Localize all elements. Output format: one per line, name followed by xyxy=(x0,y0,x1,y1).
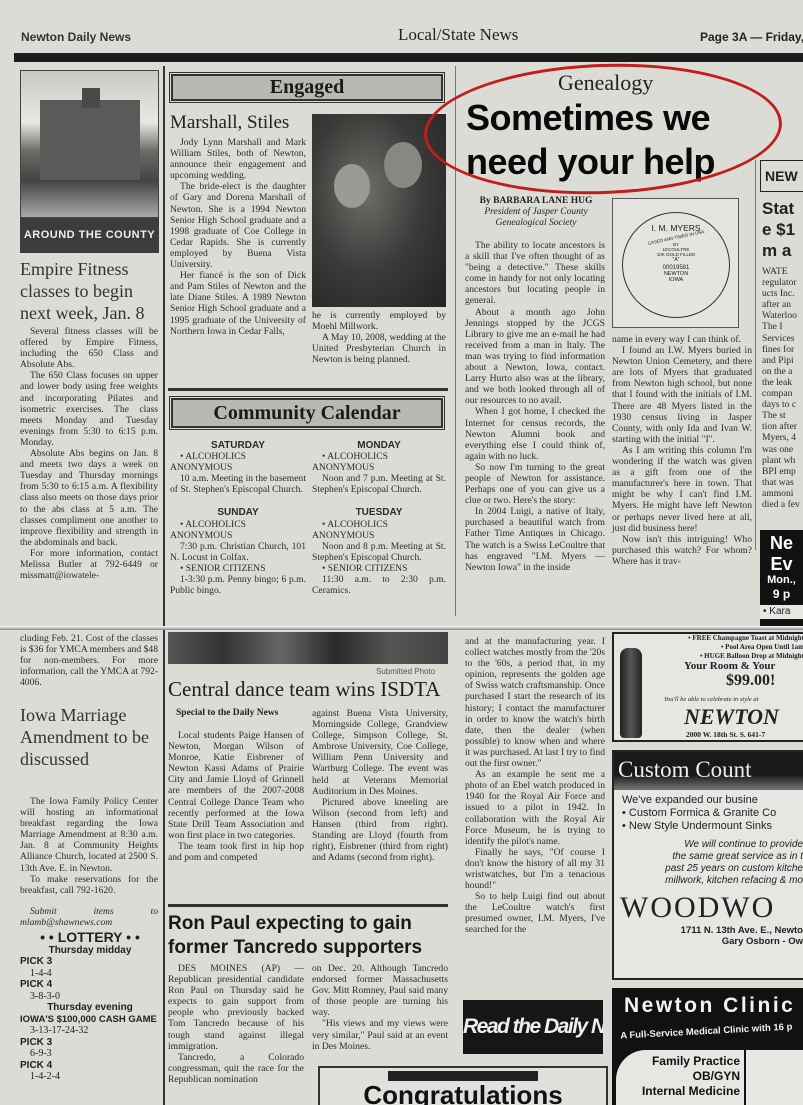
event-title: • ALCOHOLICS ANONYMOUS xyxy=(170,451,306,473)
dance-col-2: against Buena Vista University, Mornings… xyxy=(312,708,448,863)
paragraph: The Iowa Family Policy Center will hosti… xyxy=(20,796,158,874)
engaged-banner: Engaged xyxy=(171,74,443,101)
paragraph: The 650 Class focuses on upper and lower… xyxy=(20,370,158,448)
italic-line: past 25 years on custom kitche xyxy=(614,863,803,875)
paragraph: Jody Lynn Marshall and Mark William Stil… xyxy=(170,137,306,181)
paragraph: The bride-elect is the daughter of Gary … xyxy=(170,181,306,270)
text-line: and Pipi xyxy=(762,355,803,366)
lottery-game: PICK 3 xyxy=(20,1037,160,1049)
text-line: died a fev xyxy=(762,499,803,510)
paragraph: "His views and my views were very simila… xyxy=(312,1018,448,1051)
section-divider xyxy=(168,388,448,391)
event-line: Ne xyxy=(760,532,803,554)
hotel-new-years-ad: • FREE Champagne Toast at Midnight • Poo… xyxy=(612,632,803,742)
italic-line: the same great service as in t xyxy=(614,851,803,863)
fitness-headline: Empire Fitness classes to begin next wee… xyxy=(20,258,160,324)
lottery-title: • • LOTTERY • • xyxy=(20,932,160,944)
text-line: Services xyxy=(762,333,803,344)
calendar-day: SUNDAY xyxy=(170,507,306,518)
read-the-daily-news-promo[interactable]: Read the Daily News xyxy=(463,1000,603,1054)
clinic-services: Family Practice OB/GYN Internal Medicine xyxy=(616,1054,740,1099)
genealogy-col-2: name in every way I can think of. I foun… xyxy=(612,334,752,567)
lottery-numbers: 1-4-2-4 xyxy=(20,1071,160,1083)
custom-countertops-ad: Custom Count We've expanded our busine •… xyxy=(612,750,803,980)
lottery-section-heading: Thursday midday xyxy=(20,945,160,957)
masthead-rule xyxy=(14,53,803,62)
photo-credit: Submitted Photo xyxy=(376,667,435,676)
text-line: ammoni xyxy=(762,488,803,499)
paragraph: Pictured above kneeling are Wilson (seco… xyxy=(312,797,448,864)
paragraph: and at the manufacturing year. I collect… xyxy=(465,636,605,769)
newton-clinic-ad: Newton Clinic A Full-Service Medical Cli… xyxy=(612,988,803,1105)
text-line: was one xyxy=(762,444,803,455)
hotel-offer: Your Room & Your xyxy=(684,660,775,672)
hotel-features: • FREE Champagne Toast at Midnight • Poo… xyxy=(654,634,803,661)
paragraph: cluding Feb. 21. Cost of the classes is … xyxy=(20,633,158,688)
paragraph: Several fitness classes will be offered … xyxy=(20,326,158,370)
paragraph: Absolute Abs begins on Jan. 8 and meets … xyxy=(20,448,158,548)
calendar-col-2: MONDAY • ALCOHOLICS ANONYMOUS Noon and 7… xyxy=(312,440,446,596)
lottery-section-heading: Thursday evening xyxy=(20,1002,160,1014)
lottery-numbers: 3-8-3-0 xyxy=(20,991,160,1003)
congratulations-ad: Congratulations xyxy=(318,1066,608,1105)
ron-paul-headline: Ron Paul expecting to gain former Tancre… xyxy=(168,912,458,960)
paragraph: The team took first in hip hop and pom a… xyxy=(168,841,304,863)
lottery-numbers: 6-9-3 xyxy=(20,1048,160,1060)
text-line: days to c xyxy=(762,399,803,410)
text-line: The st xyxy=(762,410,803,421)
lottery-game: PICK 3 xyxy=(20,956,160,968)
dance-team-photo xyxy=(168,632,448,664)
text-line: fines for xyxy=(762,344,803,355)
text-line: ucts Inc. xyxy=(762,288,803,299)
calendar-day: MONDAY xyxy=(312,440,446,451)
new-years-event-box: Ne Ev Mon., 9 p • Kara xyxy=(760,530,803,626)
calendar-col-1: SATURDAY • ALCOHOLICS ANONYMOUS 10 a.m. … xyxy=(170,440,306,596)
text-line: Waterloo xyxy=(762,310,803,321)
service-item: OB/GYN xyxy=(616,1069,740,1084)
event-title: • ALCOHOLICS ANONYMOUS xyxy=(170,519,306,541)
section-divider xyxy=(168,904,448,907)
marriage-story: The Iowa Family Policy Center will hosti… xyxy=(20,796,158,928)
dance-col-1: Local students Paige Hansen of Newton, M… xyxy=(168,730,304,863)
event-line: Mon., xyxy=(760,574,803,587)
paragraph: The ability to locate ancestors is a ski… xyxy=(465,240,605,307)
service-item: Internal Medicine xyxy=(616,1084,740,1099)
bullet-line: • New Style Undermount Sinks xyxy=(622,820,803,833)
engraving-state: IOWA xyxy=(623,277,729,283)
event-detail: Noon and 8 p.m. Meeting at St. Stephen's… xyxy=(312,541,446,563)
news-box-label: NEW xyxy=(760,160,803,192)
congratulations-text: Congratulations xyxy=(320,1081,606,1105)
engagement-story-continued: he is currently employed by Moehl Millwo… xyxy=(312,310,446,365)
paragraph: on Dec. 20. Although Tancredo endorsed f… xyxy=(312,963,448,1018)
countertops-body: We've expanded our busine • Custom Formi… xyxy=(614,790,803,833)
right-story: WATE regulator ucts Inc. after an Waterl… xyxy=(762,266,803,510)
genealogy-col-1: The ability to locate ancestors is a ski… xyxy=(465,240,605,573)
paragraph: To make reservations for the breakfast, … xyxy=(20,874,158,896)
paragraph: For more information, contact Melissa Bu… xyxy=(20,548,158,581)
event-title: • ALCOHOLICS ANONYMOUS xyxy=(312,519,446,541)
engagement-headline: Marshall, Stiles xyxy=(170,112,289,134)
intro-line: We've expanded our busine xyxy=(622,794,803,807)
lottery-game: PICK 4 xyxy=(20,979,160,991)
paragraph: DES MOINES (AP) — Republican presidentia… xyxy=(168,963,304,1052)
marriage-headline: Iowa Marriage Amendment to be discussed xyxy=(20,704,160,770)
genealogy-byline-block: By BARBARA LANE HUG President of Jasper … xyxy=(465,196,607,229)
watch-caseback-circle: I. M. MYERS CASED AND TIMED IN USA BY LE… xyxy=(622,212,730,318)
text-line: The I xyxy=(762,321,803,332)
text-line: that was xyxy=(762,477,803,488)
event-detail: 1-3:30 p.m. Penny bingo; 6 p.m. Public b… xyxy=(170,574,306,596)
paragraph: against Buena Vista University, Mornings… xyxy=(312,708,448,797)
calendar-day: SATURDAY xyxy=(170,440,306,451)
paragraph: name in every way I can think of. xyxy=(612,334,752,345)
paragraph: As I am writing this column I'm wonderin… xyxy=(612,445,752,534)
event-title: • SENIOR CITIZENS xyxy=(170,563,306,574)
paragraph: In 2004 Luigi, a native of Italy, purcha… xyxy=(465,506,605,573)
face-shape xyxy=(334,164,370,208)
engagement-story: Jody Lynn Marshall and Mark William Stil… xyxy=(170,137,306,337)
text-line: compan xyxy=(762,388,803,399)
dance-byline: Special to the Daily News xyxy=(176,708,278,718)
page-fold xyxy=(0,626,803,630)
submit-note: Submit items to mlamb@shawnews.com xyxy=(20,906,158,928)
paragraph: he is currently employed by Moehl Millwo… xyxy=(312,310,446,332)
courthouse-building-shape xyxy=(40,100,140,180)
event-detail: 7:30 p.m. Christian Church, 101 N. Locus… xyxy=(170,541,306,563)
paragraph: Her fiancé is the son of Dick and Pam St… xyxy=(170,270,306,337)
hotel-price: $99.00! xyxy=(726,672,775,690)
lottery-numbers: 1-4-4 xyxy=(20,968,160,980)
text-line: tion after xyxy=(762,421,803,432)
calendar-day: TUESDAY xyxy=(312,507,446,518)
page-info: Page 3A — Friday, xyxy=(700,30,803,44)
text-line: WATE xyxy=(762,266,803,277)
hotel-tagline: You'll be able to celebrate in style at xyxy=(664,696,758,703)
paragraph: Tancredo, a Colorado congressman, quit t… xyxy=(168,1052,304,1085)
fitness-story: Several fitness classes will be offered … xyxy=(20,326,158,581)
paragraph: A May 10, 2008, wedding at the United Pr… xyxy=(312,332,446,365)
italic-line: millwork, kitchen refacing & mo xyxy=(614,875,803,887)
paragraph: So now I'm turning to the great people o… xyxy=(465,462,605,506)
event-line: • Kara xyxy=(760,605,803,619)
paragraph: So to help Luigi find out about the LeCo… xyxy=(465,891,605,935)
bullet-line: • Custom Formica & Granite Co xyxy=(622,807,803,820)
stethoscope-icon xyxy=(746,1050,803,1105)
service-item: Family Practice xyxy=(616,1054,740,1069)
event-detail: 10 a.m. Meeting in the basement of St. S… xyxy=(170,473,306,495)
champagne-bottle-icon xyxy=(620,648,642,738)
paragraph: Now isn't this intriguing! Who purchased… xyxy=(612,534,752,567)
byline-title: President of Jasper County Genealogical … xyxy=(465,207,607,229)
event-line: Ev xyxy=(760,554,803,574)
paragraph: As an example he sent me a photo of an E… xyxy=(465,769,605,847)
hotel-address: 2000 W. 18th St. S. 641-7 xyxy=(686,730,765,739)
woodworks-brand: WOODWO xyxy=(614,891,803,925)
text-line: after an xyxy=(762,299,803,310)
event-title: • SENIOR CITIZENS xyxy=(312,563,446,574)
face-shape xyxy=(384,142,422,188)
calendar-banner: Community Calendar xyxy=(171,398,443,428)
around-the-county-label: Around the County xyxy=(20,218,159,253)
lottery-box: • • LOTTERY • • Thursday midday PICK 3 1… xyxy=(20,932,160,1083)
text-line: the leak xyxy=(762,377,803,388)
feature-line: • Pool Area Open Until 1am xyxy=(654,643,803,652)
column-divider xyxy=(163,66,165,1105)
text-line: Myers, 4 xyxy=(762,432,803,443)
ron-paul-col-1: DES MOINES (AP) — Republican presidentia… xyxy=(168,963,304,1085)
countertops-owner: Gary Osborn - Ow xyxy=(614,936,803,947)
hotel-name: NEWTON xyxy=(684,704,779,730)
countertops-italic: We will continue to provide the same gre… xyxy=(614,833,803,887)
paragraph: When I got home, I checked the Internet … xyxy=(465,406,605,461)
right-headline: State $1 m amm xyxy=(762,198,803,264)
dance-headline: Central dance team wins ISDTA xyxy=(168,677,453,702)
event-title: • ALCOHOLICS ANONYMOUS xyxy=(312,451,446,473)
italic-line: We will continue to provide xyxy=(614,839,803,851)
fitness-story-continued: cluding Feb. 21. Cost of the classes is … xyxy=(20,633,158,688)
lottery-game: IOWA'S $100,000 CASH GAME xyxy=(20,1014,160,1026)
ron-paul-col-2: on Dec. 20. Although Tancredo endorsed f… xyxy=(312,963,448,1052)
paragraph: Local students Paige Hansen of Newton, M… xyxy=(168,730,304,841)
event-line: 9 p xyxy=(760,587,803,601)
event-detail: Noon and 7 p.m. Meeting at St. Stephen's… xyxy=(312,473,446,495)
column-divider xyxy=(755,160,756,550)
text-line: regulator xyxy=(762,277,803,288)
feature-line: • FREE Champagne Toast at Midnight xyxy=(654,634,803,643)
courthouse-dome-shape xyxy=(82,88,100,108)
section-title: Local/State News xyxy=(398,25,518,45)
engraving-mark: "A" xyxy=(623,257,729,263)
text-line: plant wh xyxy=(762,455,803,466)
countertops-address: 1711 N. 13th Ave. E., Newto xyxy=(614,925,803,936)
genealogy-col-1-continued: and at the manufacturing year. I collect… xyxy=(465,636,605,936)
paragraph: Finally he says, "Of course I don't know… xyxy=(465,847,605,891)
byline: By BARBARA LANE HUG xyxy=(465,196,607,207)
lottery-game: PICK 4 xyxy=(20,1060,160,1072)
paper-name: Newton Daily News xyxy=(21,30,131,44)
paragraph: About a month ago John Jennings stopped … xyxy=(465,307,605,407)
lottery-numbers: 3-13-17-24-32 xyxy=(20,1025,160,1037)
text-line: on the a xyxy=(762,366,803,377)
event-detail: 11:30 a.m. to 2:30 p.m. Ceramics. xyxy=(312,574,446,596)
paragraph: I found an I.W. Myers buried in Newton U… xyxy=(612,345,752,445)
text-line: BPI emp xyxy=(762,466,803,477)
countertops-title: Custom Count xyxy=(614,752,803,790)
